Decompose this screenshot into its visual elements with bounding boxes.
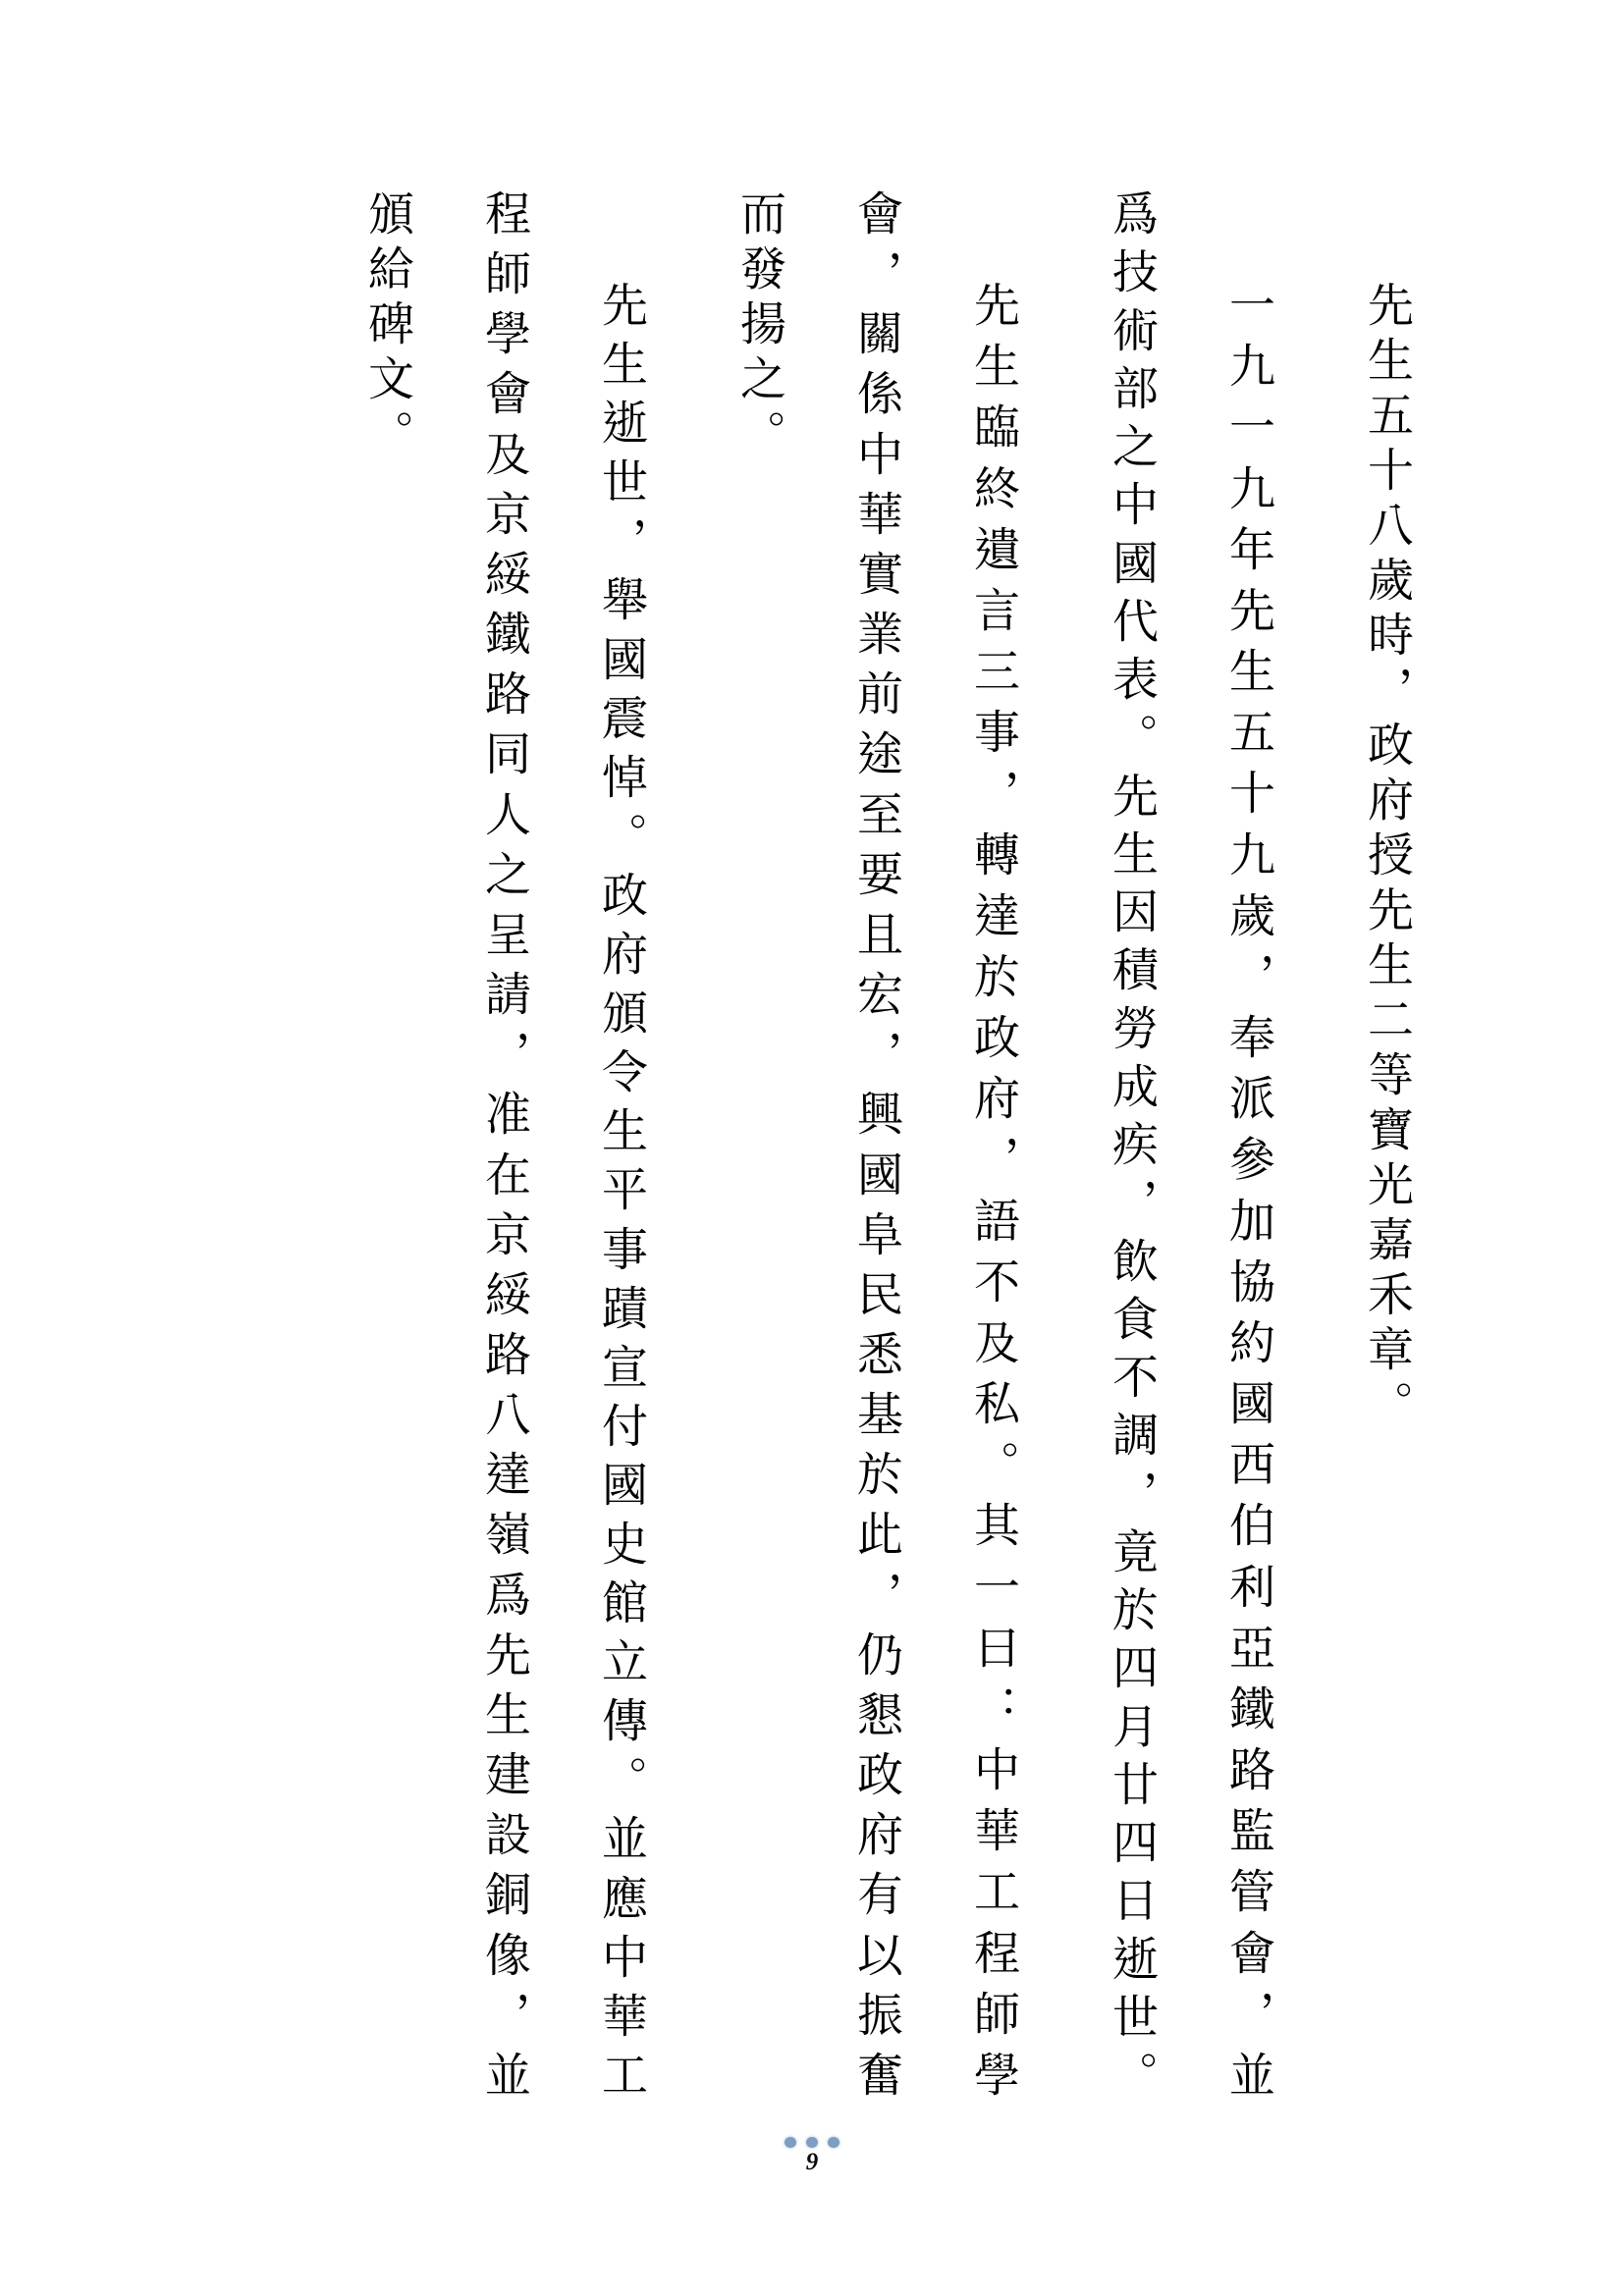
footer-dot-icon — [785, 2137, 796, 2148]
page-footer: 9 — [0, 2136, 1624, 2174]
paragraph: 先生臨終遺言三事，轉達於政府，語不及私。其一曰：中華工程師學會，關係中華實業前途… — [737, 189, 1017, 2097]
text-column: 爲技術部之中國代表。先生因積勞成疾，飲食不調，竟於四月廿四日逝世。 — [1110, 189, 1156, 2097]
footer-dot-icon — [806, 2137, 818, 2148]
paragraph: 先生五十八歲時，政府授先生二等寶光嘉禾章。 — [1365, 189, 1411, 2097]
footer-dot-icon — [828, 2137, 839, 2148]
footer-dots — [785, 2136, 839, 2148]
page: { "document": { "paragraphs": [ { "lines… — [0, 0, 1624, 2296]
text-column: 頒給碑文。 — [365, 189, 411, 2097]
paragraph: 先生逝世，舉國震悼。政府頒令生平事蹟宣付國史館立傳。並應中華工程師學會及京綏鐵路… — [365, 189, 645, 2097]
text-column: 會，關係中華實業前途至要且宏，興國阜民悉基於此，仍懇政府有以振奮 — [854, 189, 900, 2097]
text-column: 而發揚之。 — [737, 189, 784, 2097]
text-column: 先生逝世，舉國震悼。政府頒令生平事蹟宣付國史館立傳。並應中華工 — [599, 189, 645, 2097]
paragraph: 一九一九年先生五十九歲，奉派參加協約國西伯利亞鐵路監管會，並爲技術部之中國代表。… — [1110, 189, 1272, 2097]
text-column: 一九一九年先生五十九歲，奉派參加協約國西伯利亞鐵路監管會，並 — [1226, 189, 1272, 2097]
page-number: 9 — [806, 2150, 819, 2174]
text-block: 先生五十八歲時，政府授先生二等寶光嘉禾章。一九一九年先生五十九歲，奉派參加協約國… — [365, 189, 1411, 2097]
text-column: 先生五十八歲時，政府授先生二等寶光嘉禾章。 — [1365, 189, 1411, 2097]
text-column: 程師學會及京綏鐵路同人之呈請，准在京綏路八達嶺爲先生建設銅像，並 — [482, 189, 528, 2097]
text-column: 先生臨終遺言三事，轉達於政府，語不及私。其一曰：中華工程師學 — [971, 189, 1017, 2097]
